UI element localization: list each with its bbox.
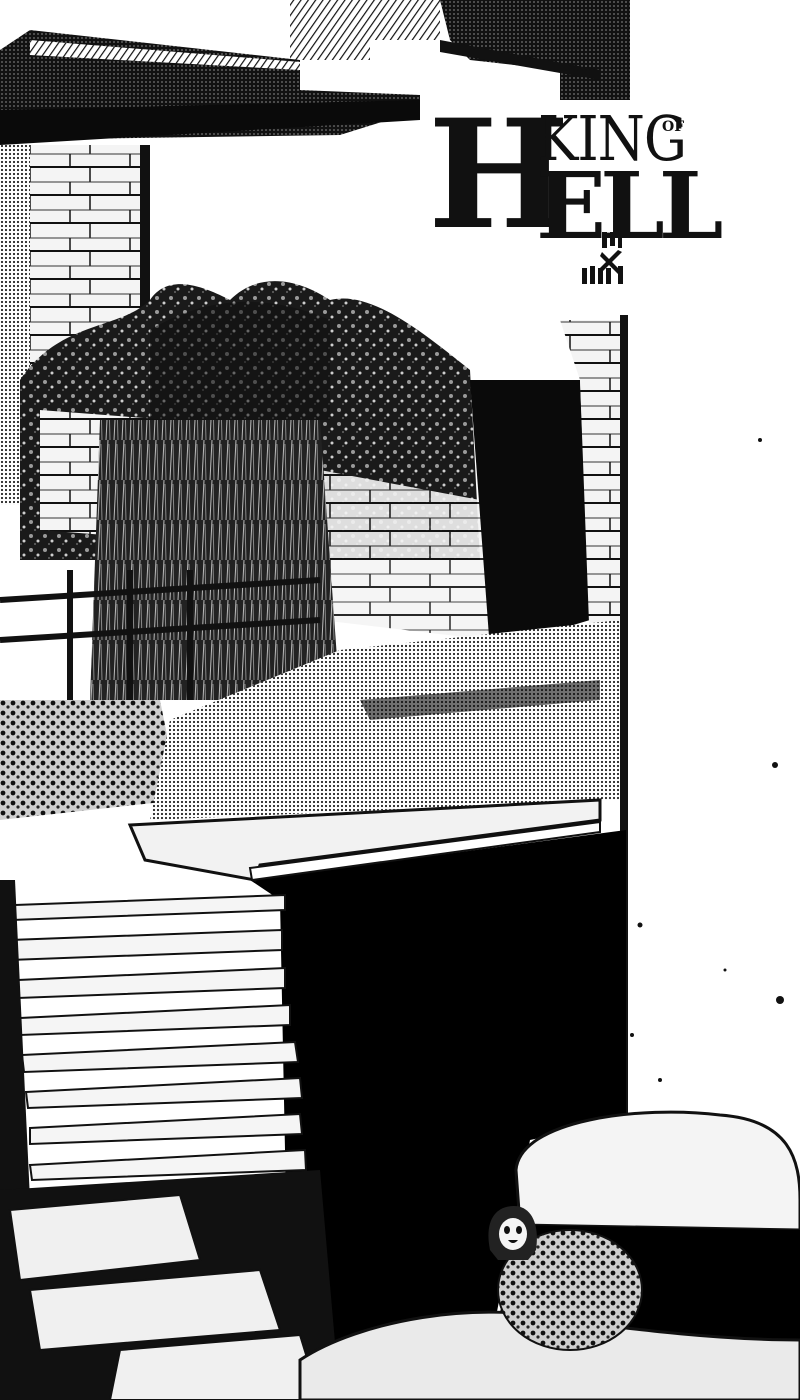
manga-page: H KING OF ELL [0,0,800,1400]
title-word-of: OF [662,120,684,134]
chibi-character [484,1200,544,1270]
calligraphy-mark-icon [572,226,634,288]
